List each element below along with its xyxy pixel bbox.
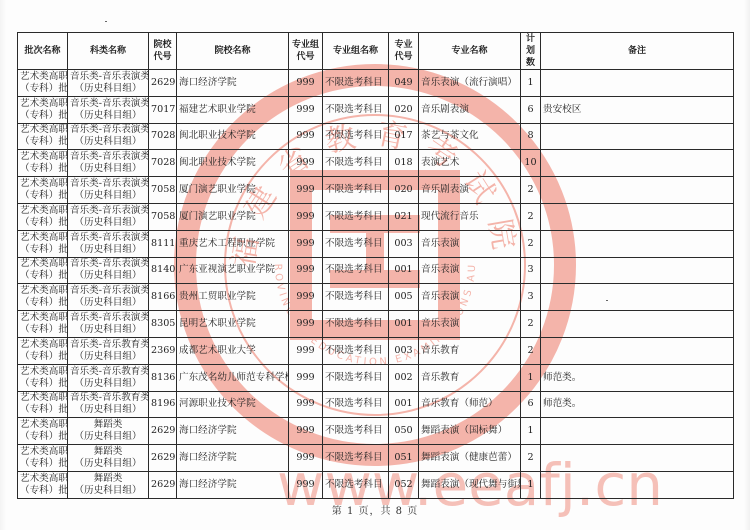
- major-code-cell: 001: [389, 311, 419, 338]
- header-school-code: 院校代号: [149, 33, 177, 70]
- group-code-cell: 999: [289, 257, 323, 284]
- header-major-name: 专业名称: [419, 33, 521, 70]
- batch-cell: 艺术类高职（专科）批: [18, 150, 68, 177]
- major-name-cell: 舞蹈表演（国标舞）: [419, 418, 521, 445]
- header-category: 科类名称: [68, 33, 149, 70]
- plan-count-cell: 10: [521, 150, 541, 177]
- plan-count-cell: 2: [521, 445, 541, 472]
- note-cell: 贵安校区: [541, 96, 734, 123]
- school-name-cell: 成都艺术职业大学: [177, 337, 289, 364]
- plan-count-cell: 1: [521, 471, 541, 498]
- batch-cell: 艺术类高职（专科）批: [18, 337, 68, 364]
- batch-cell: 艺术类高职（专科）批: [18, 96, 68, 123]
- note-cell: [541, 284, 734, 311]
- plan-count-cell: 8: [521, 123, 541, 150]
- major-name-cell: 舞蹈表演（健康芭蕾）: [419, 445, 521, 472]
- school-name-cell: 重庆艺术工程职业学院: [177, 230, 289, 257]
- group-code-cell: 999: [289, 311, 323, 338]
- major-code-cell: 050: [389, 418, 419, 445]
- batch-cell: 艺术类高职（专科）批: [18, 230, 68, 257]
- batch-cell: 艺术类高职（专科）批: [18, 284, 68, 311]
- batch-cell: 艺术类高职（专科）批: [18, 445, 68, 472]
- major-code-cell: 049: [389, 70, 419, 97]
- major-name-cell: 音乐表演: [419, 284, 521, 311]
- category-cell: 音乐类-音乐表演类（历史科目组）: [68, 257, 149, 284]
- note-cell: [541, 311, 734, 338]
- table-row: 艺术类高职（专科）批舞蹈类（历史科目组）2629海口经济学院999不限选考科目0…: [18, 471, 734, 498]
- table-row: 艺术类高职（专科）批音乐类-音乐表演类（历史科目组）8111重庆艺术工程职业学院…: [18, 230, 734, 257]
- batch-cell: 艺术类高职（专科）批: [18, 418, 68, 445]
- page-number: 第 1 页，共 8 页: [0, 502, 750, 517]
- note-cell: [541, 445, 734, 472]
- major-name-cell: 舞蹈表演（现代舞与街舞）: [419, 471, 521, 498]
- note-cell: [541, 70, 734, 97]
- header-school-name: 院校名称: [177, 33, 289, 70]
- major-code-cell: 020: [389, 177, 419, 204]
- batch-cell: 艺术类高职（专科）批: [18, 177, 68, 204]
- school-code-cell: 2369: [149, 337, 177, 364]
- admission-plan-table: 批次名称科类名称院校代号院校名称专业组代号专业组名称专业代号专业名称计划数备注 …: [17, 32, 734, 499]
- table-row: 艺术类高职（专科）批音乐类-音乐教育类（历史科目组）2369成都艺术职业大学99…: [18, 337, 734, 364]
- note-cell: 师范类。: [541, 364, 734, 391]
- group-name-cell: 不限选考科目: [323, 230, 389, 257]
- major-code-cell: 021: [389, 203, 419, 230]
- school-name-cell: 贵州工贸职业学院: [177, 284, 289, 311]
- group-name-cell: 不限选考科目: [323, 311, 389, 338]
- major-code-cell: 001: [389, 257, 419, 284]
- plan-count-cell: 1: [521, 70, 541, 97]
- batch-cell: 艺术类高职（专科）批: [18, 123, 68, 150]
- plan-count-cell: 2: [521, 203, 541, 230]
- group-name-cell: 不限选考科目: [323, 257, 389, 284]
- category-cell: 音乐类-音乐表演类（历史科目组）: [68, 230, 149, 257]
- school-name-cell: 福建艺术职业学院: [177, 96, 289, 123]
- group-code-cell: 999: [289, 70, 323, 97]
- category-cell: 音乐类-音乐教育类（历史科目组）: [68, 391, 149, 418]
- school-name-cell: 厦门演艺职业学院: [177, 177, 289, 204]
- school-code-cell: 2629: [149, 70, 177, 97]
- batch-cell: 艺术类高职（专科）批: [18, 391, 68, 418]
- plan-count-cell: 6: [521, 96, 541, 123]
- header-major-code: 专业代号: [389, 33, 419, 70]
- school-code-cell: 2629: [149, 471, 177, 498]
- school-name-cell: 闽北职业技术学院: [177, 123, 289, 150]
- major-name-cell: 音乐表演: [419, 257, 521, 284]
- school-code-cell: 8305: [149, 311, 177, 338]
- school-name-cell: 厦门演艺职业学院: [177, 203, 289, 230]
- group-code-cell: 999: [289, 337, 323, 364]
- group-name-cell: 不限选考科目: [323, 150, 389, 177]
- table-row: 艺术类高职（专科）批音乐类-音乐表演类（历史科目组）7058厦门演艺职业学院99…: [18, 203, 734, 230]
- group-code-cell: 999: [289, 471, 323, 498]
- plan-count-cell: 2: [521, 337, 541, 364]
- plan-count-cell: 3: [521, 284, 541, 311]
- table-row: 艺术类高职（专科）批音乐类-音乐教育类（历史科目组）8196河源职业技术学院99…: [18, 391, 734, 418]
- school-code-cell: 7028: [149, 150, 177, 177]
- school-code-cell: 8140: [149, 257, 177, 284]
- group-code-cell: 999: [289, 284, 323, 311]
- major-code-cell: 018: [389, 150, 419, 177]
- note-cell: 师范类。: [541, 391, 734, 418]
- table-row: 艺术类高职（专科）批音乐类-音乐表演类（历史科目组）8140广东亚视演艺职业学院…: [18, 257, 734, 284]
- note-cell: [541, 337, 734, 364]
- plan-count-cell: 1: [521, 364, 541, 391]
- category-cell: 音乐类-音乐表演类（历史科目组）: [68, 96, 149, 123]
- batch-cell: 艺术类高职（专科）批: [18, 203, 68, 230]
- major-code-cell: 020: [389, 96, 419, 123]
- major-code-cell: 051: [389, 445, 419, 472]
- batch-cell: 艺术类高职（专科）批: [18, 70, 68, 97]
- group-name-cell: 不限选考科目: [323, 177, 389, 204]
- category-cell: 音乐类-音乐表演类（历史科目组）: [68, 203, 149, 230]
- major-code-cell: 002: [389, 364, 419, 391]
- group-name-cell: 不限选考科目: [323, 418, 389, 445]
- table-row: 艺术类高职（专科）批音乐类-音乐表演类（历史科目组）8166贵州工贸职业学院99…: [18, 284, 734, 311]
- note-cell: [541, 150, 734, 177]
- school-name-cell: 海口经济学院: [177, 418, 289, 445]
- note-cell: [541, 230, 734, 257]
- group-name-cell: 不限选考科目: [323, 445, 389, 472]
- school-code-cell: 2629: [149, 445, 177, 472]
- group-code-cell: 999: [289, 418, 323, 445]
- note-cell: [541, 471, 734, 498]
- school-name-cell: 河源职业技术学院: [177, 391, 289, 418]
- group-code-cell: 999: [289, 364, 323, 391]
- group-code-cell: 999: [289, 230, 323, 257]
- batch-cell: 艺术类高职（专科）批: [18, 364, 68, 391]
- batch-cell: 艺术类高职（专科）批: [18, 311, 68, 338]
- plan-count-cell: 3: [521, 257, 541, 284]
- major-name-cell: 音乐表演: [419, 311, 521, 338]
- plan-count-cell: 2: [521, 230, 541, 257]
- group-code-cell: 999: [289, 445, 323, 472]
- school-name-cell: 海口经济学院: [177, 471, 289, 498]
- major-code-cell: 052: [389, 471, 419, 498]
- header-plan: 计划数: [521, 33, 541, 70]
- school-name-cell: 海口经济学院: [177, 70, 289, 97]
- major-code-cell: 003: [389, 230, 419, 257]
- table-row: 艺术类高职（专科）批音乐类-音乐教育类（历史科目组）8136广东茂名幼儿师范专科…: [18, 364, 734, 391]
- table-row: 艺术类高职（专科）批音乐类-音乐表演类（历史科目组）8305昆明艺术职业学院99…: [18, 311, 734, 338]
- major-name-cell: 音乐教育: [419, 364, 521, 391]
- major-name-cell: 音乐表演（流行演唱）: [419, 70, 521, 97]
- table-row: 艺术类高职（专科）批音乐类-音乐表演类（历史科目组）7017福建艺术职业学院99…: [18, 96, 734, 123]
- scan-speck: [105, 21, 107, 22]
- category-cell: 音乐类-音乐表演类（历史科目组）: [68, 123, 149, 150]
- major-code-cell: 001: [389, 391, 419, 418]
- school-code-cell: 8136: [149, 364, 177, 391]
- category-cell: 音乐类-音乐表演类（历史科目组）: [68, 284, 149, 311]
- group-name-cell: 不限选考科目: [323, 123, 389, 150]
- major-code-cell: 005: [389, 284, 419, 311]
- group-code-cell: 999: [289, 123, 323, 150]
- group-name-cell: 不限选考科目: [323, 364, 389, 391]
- school-name-cell: 广东茂名幼儿师范专科学校: [177, 364, 289, 391]
- school-code-cell: 7017: [149, 96, 177, 123]
- school-name-cell: 昆明艺术职业学院: [177, 311, 289, 338]
- major-name-cell: 音乐教育: [419, 337, 521, 364]
- major-name-cell: 音乐表演: [419, 230, 521, 257]
- group-name-cell: 不限选考科目: [323, 391, 389, 418]
- header-batch: 批次名称: [18, 33, 68, 70]
- school-name-cell: 海口经济学院: [177, 445, 289, 472]
- table-row: 艺术类高职（专科）批舞蹈类（历史科目组）2629海口经济学院999不限选考科目0…: [18, 418, 734, 445]
- group-name-cell: 不限选考科目: [323, 284, 389, 311]
- plan-count-cell: 2: [521, 311, 541, 338]
- group-code-cell: 999: [289, 391, 323, 418]
- plan-count-cell: 2: [521, 177, 541, 204]
- category-cell: 音乐类-音乐表演类（历史科目组）: [68, 177, 149, 204]
- school-code-cell: 7058: [149, 203, 177, 230]
- school-name-cell: 广东亚视演艺职业学院: [177, 257, 289, 284]
- group-name-cell: 不限选考科目: [323, 337, 389, 364]
- table-row: 艺术类高职（专科）批音乐类-音乐表演类（历史科目组）2629海口经济学院999不…: [18, 70, 734, 97]
- note-cell: [541, 257, 734, 284]
- major-name-cell: 音乐教育（师范）: [419, 391, 521, 418]
- batch-cell: 艺术类高职（专科）批: [18, 257, 68, 284]
- school-code-cell: 7028: [149, 123, 177, 150]
- category-cell: 音乐类-音乐表演类（历史科目组）: [68, 150, 149, 177]
- scan-speck: [606, 300, 608, 301]
- table-row: 艺术类高职（专科）批舞蹈类（历史科目组）2629海口经济学院999不限选考科目0…: [18, 445, 734, 472]
- major-code-cell: 003: [389, 337, 419, 364]
- group-name-cell: 不限选考科目: [323, 70, 389, 97]
- major-name-cell: 现代流行音乐: [419, 203, 521, 230]
- header-note: 备注: [541, 33, 734, 70]
- group-name-cell: 不限选考科目: [323, 203, 389, 230]
- header-group-code: 专业组代号: [289, 33, 323, 70]
- category-cell: 舞蹈类（历史科目组）: [68, 418, 149, 445]
- school-code-cell: 2629: [149, 418, 177, 445]
- school-code-cell: 8166: [149, 284, 177, 311]
- category-cell: 舞蹈类（历史科目组）: [68, 445, 149, 472]
- group-code-cell: 999: [289, 96, 323, 123]
- major-name-cell: 茶艺与茶文化: [419, 123, 521, 150]
- group-code-cell: 999: [289, 177, 323, 204]
- note-cell: [541, 418, 734, 445]
- category-cell: 音乐类-音乐教育类（历史科目组）: [68, 337, 149, 364]
- major-code-cell: 017: [389, 123, 419, 150]
- batch-cell: 艺术类高职（专科）批: [18, 471, 68, 498]
- group-code-cell: 999: [289, 150, 323, 177]
- major-name-cell: 音乐剧表演: [419, 96, 521, 123]
- table-row: 艺术类高职（专科）批音乐类-音乐表演类（历史科目组）7028闽北职业技术学院99…: [18, 123, 734, 150]
- major-name-cell: 音乐剧表演: [419, 177, 521, 204]
- header-group-name: 专业组名称: [323, 33, 389, 70]
- group-name-cell: 不限选考科目: [323, 471, 389, 498]
- category-cell: 音乐类-音乐教育类（历史科目组）: [68, 364, 149, 391]
- category-cell: 音乐类-音乐表演类（历史科目组）: [68, 70, 149, 97]
- table-row: 艺术类高职（专科）批音乐类-音乐表演类（历史科目组）7028闽北职业技术学院99…: [18, 150, 734, 177]
- major-name-cell: 表演艺术: [419, 150, 521, 177]
- school-code-cell: 7058: [149, 177, 177, 204]
- table-header-row: 批次名称科类名称院校代号院校名称专业组代号专业组名称专业代号专业名称计划数备注: [18, 33, 734, 70]
- school-name-cell: 闽北职业技术学院: [177, 150, 289, 177]
- plan-count-cell: 6: [521, 391, 541, 418]
- group-code-cell: 999: [289, 203, 323, 230]
- category-cell: 音乐类-音乐表演类（历史科目组）: [68, 311, 149, 338]
- plan-count-cell: 1: [521, 418, 541, 445]
- school-code-cell: 8111: [149, 230, 177, 257]
- note-cell: [541, 203, 734, 230]
- note-cell: [541, 177, 734, 204]
- school-code-cell: 8196: [149, 391, 177, 418]
- note-cell: [541, 123, 734, 150]
- table-row: 艺术类高职（专科）批音乐类-音乐表演类（历史科目组）7058厦门演艺职业学院99…: [18, 177, 734, 204]
- group-name-cell: 不限选考科目: [323, 96, 389, 123]
- category-cell: 舞蹈类（历史科目组）: [68, 471, 149, 498]
